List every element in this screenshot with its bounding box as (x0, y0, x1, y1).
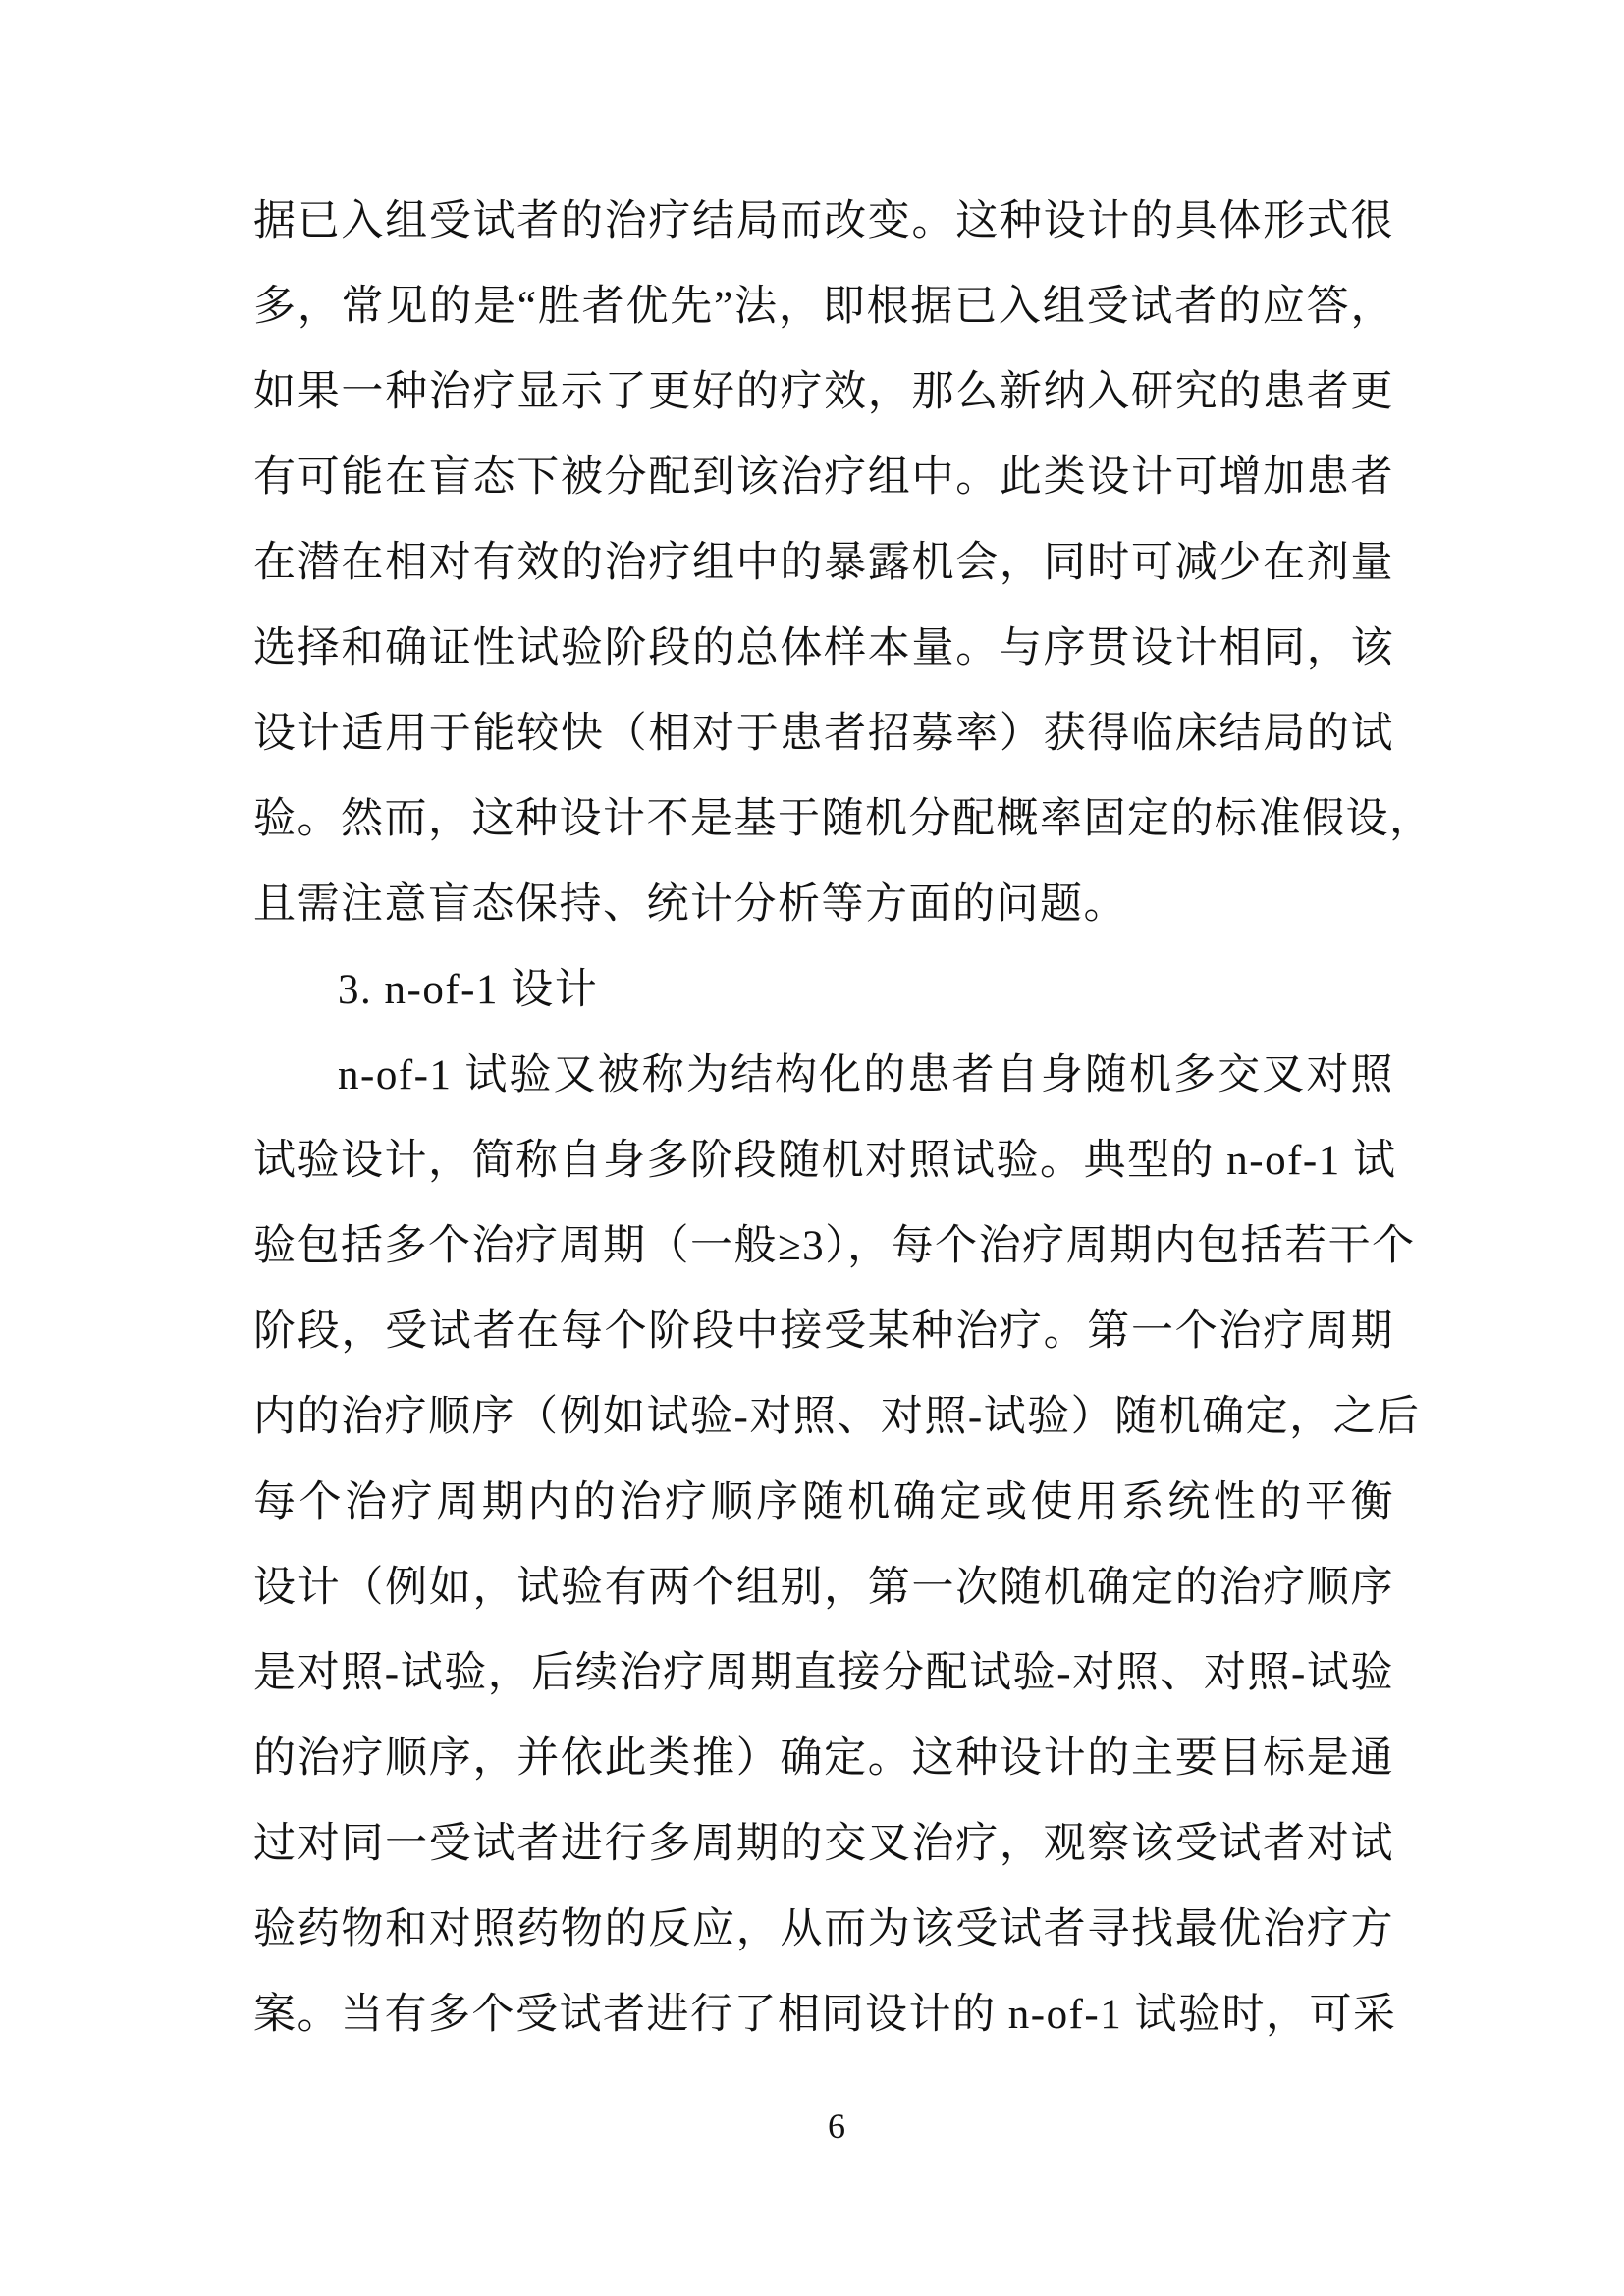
text-line: 据已入组受试者的治疗结局而改变。这种设计的具体形式很 (253, 179, 1394, 264)
text-line: 案。当有多个受试者进行了相同设计的 n-of-1 试验时，可采 (253, 1972, 1394, 2057)
text-line: 如果一种治疗显示了更好的疗效，那么新纳入研究的患者更 (253, 349, 1394, 435)
document-page: 据已入组受试者的治疗结局而改变。这种设计的具体形式很多，常见的是“胜者优先”法，… (0, 0, 1624, 2296)
text-line: 验药物和对照药物的反应，从而为该受试者寻找最优治疗方 (253, 1887, 1394, 1972)
text-line: n-of-1 试验又被称为结构化的患者自身随机多交叉对照 (253, 1033, 1394, 1118)
text-line: 设计适用于能较快（相对于患者招募率）获得临床结局的试 (253, 691, 1394, 776)
text-line: 验包括多个治疗周期（一般≥3），每个治疗周期内包括若干个 (253, 1203, 1394, 1289)
text-line: 每个治疗周期内的治疗顺序随机确定或使用系统性的平衡 (253, 1460, 1394, 1545)
text-line: 且需注意盲态保持、统计分析等方面的问题。 (253, 862, 1394, 947)
page-number: 6 (828, 2107, 845, 2146)
text-line: 在潜在相对有效的治疗组中的暴露机会，同时可减少在剂量 (253, 520, 1394, 606)
text-line: 验。然而，这种设计不是基于随机分配概率固定的标准假设， (253, 776, 1394, 862)
text-line: 选择和确证性试验阶段的总体样本量。与序贯设计相同，该 (253, 606, 1394, 691)
page-text: 据已入组受试者的治疗结局而改变。这种设计的具体形式很多，常见的是“胜者优先”法，… (253, 179, 1394, 2057)
text-line: 是对照-试验，后续治疗周期直接分配试验-对照、对照-试验 (253, 1630, 1394, 1716)
text-line: 有可能在盲态下被分配到该治疗组中。此类设计可增加患者 (253, 435, 1394, 520)
text-line: 试验设计，简称自身多阶段随机对照试验。典型的 n-of-1 试 (253, 1118, 1394, 1203)
text-line: 过对同一受试者进行多周期的交叉治疗，观察该受试者对试 (253, 1801, 1394, 1887)
text-line: 多，常见的是“胜者优先”法，即根据已入组受试者的应答， (253, 264, 1394, 349)
text-line: 3. n-of-1 设计 (253, 947, 1394, 1033)
text-line: 设计（例如，试验有两个组别，第一次随机确定的治疗顺序 (253, 1545, 1394, 1630)
text-line: 阶段，受试者在每个阶段中接受某种治疗。第一个治疗周期 (253, 1289, 1394, 1374)
text-line: 的治疗顺序，并依此类推）确定。这种设计的主要目标是通 (253, 1716, 1394, 1801)
text-line: 内的治疗顺序（例如试验-对照、对照-试验）随机确定，之后 (253, 1374, 1394, 1460)
